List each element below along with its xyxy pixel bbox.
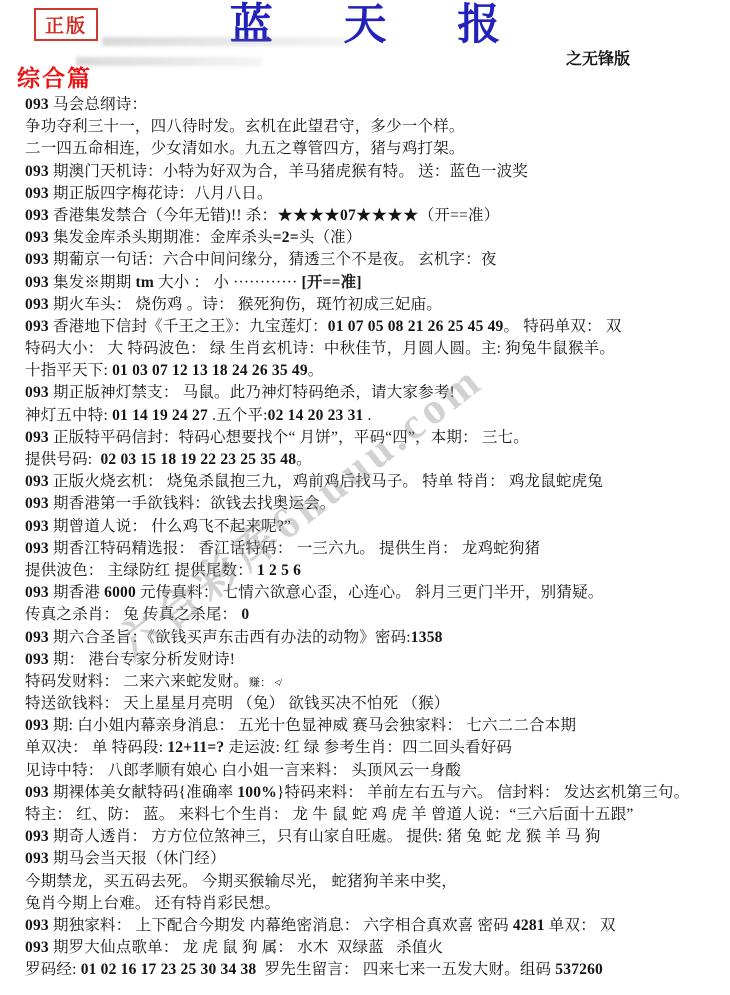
text-segment: 093	[25, 717, 53, 734]
text-segment: 期正版四字梅花诗：八月八日。	[53, 185, 273, 202]
text-segment: 马会总纲诗：	[53, 96, 147, 113]
text-segment: 093	[25, 629, 53, 646]
text-segment: 093	[25, 939, 53, 956]
text-segment: 093	[25, 784, 53, 801]
text-segment: 1 2 5 6	[257, 562, 301, 579]
text-segment: 期裸体美女献特码{准确率	[53, 784, 237, 801]
text-segment: 特送欲钱料： 天上星星月亮明 （兔） 欲钱买决不怕死 （猴）	[25, 695, 450, 712]
text-segment: 赚： ≮	[249, 677, 281, 689]
text-line: 093 集发※期期 tm 大小 ： 小 ············ [开==准]	[25, 272, 724, 294]
text-segment: 01 14 19 24 27	[112, 407, 208, 424]
text-segment: 1358	[411, 629, 443, 646]
edition-label: 之无锋版	[566, 46, 630, 69]
text-segment: 头（准）	[299, 229, 362, 246]
text-segment: 093	[25, 473, 53, 490]
text-segment: 093	[25, 96, 53, 113]
text-line: 093 期： 港台专家分析发财诗!	[25, 649, 724, 671]
text-line: 特主： 红、防： 蓝。 来料七个生肖： 龙 牛 鼠 蛇 鸡 虎 羊 曾道人说：“…	[25, 804, 724, 826]
text-segment: 特主： 红、防： 蓝。 来料七个生肖： 龙 牛 鼠 蛇 鸡 虎 羊 曾道人说：“…	[25, 806, 634, 823]
text-line: 093 正版火烧玄机： 烧兔杀鼠抱三九，鸡前鸡后找马子。 特单 特肖： 鸡龙鼠蛇…	[25, 471, 724, 493]
text-segment: [开==准]	[302, 274, 362, 291]
text-line: 十指平天下: 01 03 07 12 13 18 24 26 35 49。	[25, 360, 724, 382]
text-segment: 01 03 07 12 13 18 24 26 35 49	[112, 362, 308, 379]
text-segment: 特码大小： 大 特码波色： 绿 生肖玄机诗：中秋佳节，月圆人圆。主: 狗兔牛鼠猴…	[25, 340, 615, 357]
text-segment: 提供号码:	[25, 451, 100, 468]
text-line: 093 期奇人透肖： 方方位位煞神三，只有山家自旺處。 提供: 猪 兔 蛇 龙 …	[25, 826, 724, 848]
text-line: 见诗中特： 八郎孝顺有娘心 白小姐一言来料： 头顶风云一身酸	[25, 760, 724, 782]
text-segment: 01 02 16 17 23 25 30 34 38	[81, 961, 257, 978]
text-line: 093 期曾道人说： 什么鸡飞不起来呢?”	[25, 516, 724, 538]
text-segment: 期火车头： 烧伤鸡 。诗： 猴死狗伤，斑竹初成三妃庙。	[53, 296, 442, 313]
text-line: 093 期香港第一手欲钱料：欲钱去找奥运会。	[25, 493, 724, 515]
text-line: 093 期火车头： 烧伤鸡 。诗： 猴死狗伤，斑竹初成三妃庙。	[25, 294, 724, 316]
text-segment: 6000	[104, 584, 136, 601]
text-segment: 集发金库杀头期期准：金库杀头	[53, 229, 273, 246]
text-segment: 期香江特码精选报： 香江话特码： 一三六九。 提供生肖： 龙鸡蛇狗猪	[53, 540, 540, 557]
text-segment: 神灯五中特:	[25, 407, 112, 424]
text-segment: 正版特平码信封：特码心想要找个“ 月饼”，平码“四”，本期： 三七。	[53, 429, 529, 446]
text-line: 093 期马会当天报（休门经）	[25, 848, 724, 870]
text-line: 093 期葡京一句话：六合中间问缘分，猜透三个不是夜。 玄机字：夜	[25, 249, 724, 271]
text-segment: 期: 白小姐内幕亲身消息： 五光十色显神威 赛马会独家料： 七六二二合本期	[53, 717, 576, 734]
text-line: 093 集发金库杀头期期准：金库杀头=2=头（准）	[25, 227, 724, 249]
text-segment: }特码来料： 羊前左右五与六。 信封料： 发达玄机第三句。	[277, 784, 689, 801]
text-line: 争功夺利三十一，四八待时发。玄机在此望君守，多少一个样。	[25, 116, 724, 138]
text-segment: 。	[308, 362, 324, 379]
text-line: 093 期正版神灯禁支： 马鼠。此乃神灯特码绝杀，请大家参考!	[25, 382, 724, 404]
text-segment: =2=	[273, 229, 299, 246]
text-segment: ★★★★（开==准）	[356, 207, 499, 224]
text-segment: 集发※期期	[53, 274, 136, 291]
text-segment: 4281	[513, 917, 545, 934]
text-segment: 12+11=?	[167, 739, 224, 756]
text-segment: 093	[25, 251, 53, 268]
body-lines: 093 马会总纲诗：争功夺利三十一，四八待时发。玄机在此望君守，多少一个样。二一…	[25, 94, 724, 982]
faded-print-smudge	[76, 57, 262, 66]
text-segment: 期正版神灯禁支： 马鼠。此乃神灯特码绝杀，请大家参考!	[53, 384, 455, 401]
text-segment: 走运波: 红 绿 参考生肖：四二回头看好码	[224, 739, 512, 756]
text-segment: 。	[296, 451, 312, 468]
text-line: 093 香港集发禁合（今年无错)!! 杀：★★★★07★★★★（开==准）	[25, 205, 724, 227]
text-line: 093 正版特平码信封：特码心想要找个“ 月饼”，平码“四”，本期： 三七。	[25, 427, 724, 449]
text-line: 特码大小： 大 特码波色： 绿 生肖玄机诗：中秋佳节，月圆人圆。主: 狗兔牛鼠猴…	[25, 338, 724, 360]
text-line: 特码发财料： 二来六来蛇发财。赚： ≮	[25, 671, 724, 693]
text-line: 提供号码: 02 03 15 18 19 22 23 25 35 48。	[25, 449, 724, 471]
text-line: 提供波色： 主绿防红 提供尾数： 1 2 5 6	[25, 560, 724, 582]
text-segment: 大小 ： 小 ············	[154, 274, 302, 291]
text-segment: 02 03 15 18 19 22 23 25 35 48	[100, 451, 296, 468]
text-segment: 单双： 双	[545, 917, 616, 934]
text-segment: 争功夺利三十一，四八待时发。玄机在此望君守，多少一个样。	[25, 118, 465, 135]
text-segment: 02 14 20 23 31	[268, 407, 364, 424]
text-segment: tm	[136, 274, 154, 291]
text-segment: 今期禁龙，买五码去死。 今期买猴输尽光， 蛇猪狗羊来中奖，	[25, 873, 457, 890]
text-segment: 十指平天下:	[25, 362, 112, 379]
text-segment: 二一四五命相连，少女清如水。九五之尊管四方，猪与鸡打架。	[25, 140, 465, 157]
text-segment: 期： 港台专家分析发财诗!	[53, 651, 235, 668]
text-segment: 期曾道人说： 什么鸡飞不起来呢?”	[53, 518, 291, 535]
text-segment: 提供波色： 主绿防红 提供尾数：	[25, 562, 257, 579]
text-segment: 单双决： 单 特码段:	[25, 739, 167, 756]
text-segment: 罗先生留言： 四来七来一五发大财。组码	[256, 961, 555, 978]
text-segment: 093	[25, 384, 53, 401]
text-segment: 0	[241, 606, 249, 623]
text-line: 今期禁龙，买五码去死。 今期买猴输尽光， 蛇猪狗羊来中奖，	[25, 871, 724, 893]
text-line: 093 期: 白小姐内幕亲身消息： 五光十色显神威 赛马会独家料： 七六二二合本…	[25, 715, 724, 737]
text-segment: 传真之杀肖： 兔 传真之杀尾：	[25, 606, 241, 623]
text-segment: 093	[25, 429, 53, 446]
text-segment: 特码发财料： 二来六来蛇发财。	[25, 673, 249, 690]
text-line: 二一四五命相连，少女清如水。九五之尊管四方，猪与鸡打架。	[25, 138, 724, 160]
text-line: 093 马会总纲诗：	[25, 94, 724, 116]
text-segment: 093	[25, 185, 53, 202]
text-segment: 093	[25, 917, 53, 934]
text-segment: 093	[25, 296, 53, 313]
text-segment: 期六合圣旨：《欲钱买声东击西有办法的动物》密码:	[53, 629, 411, 646]
text-line: 单双决： 单 特码段: 12+11=? 走运波: 红 绿 参考生肖：四二回头看好…	[25, 737, 724, 759]
text-segment: 。 特码单双： 双	[504, 318, 622, 335]
text-segment: 正版火烧玄机： 烧兔杀鼠抱三九，鸡前鸡后找马子。 特单 特肖： 鸡龙鼠蛇虎兔	[53, 473, 603, 490]
text-segment: 093	[25, 163, 53, 180]
text-segment: 093	[25, 584, 53, 601]
text-segment: 元传真料： 七情六欲意心歪，心连心。 斜月三更门半开，别猜疑。	[136, 584, 604, 601]
text-segment: 093	[25, 850, 53, 867]
text-segment: 期葡京一句话：六合中间问缘分，猜透三个不是夜。 玄机字：夜	[53, 251, 497, 268]
text-segment: 罗码经:	[25, 961, 81, 978]
text-segment: 期澳门天机诗：小特为好双为合，羊马猪虎猴有特。 送：蓝色一波奖	[53, 163, 528, 180]
text-segment: 见诗中特： 八郎孝顺有娘心 白小姐一言来料： 头顶风云一身酸	[25, 762, 461, 779]
text-segment: 093	[25, 540, 53, 557]
text-line: 神灯五中特: 01 14 19 24 27 .五个平:02 14 20 23 3…	[25, 405, 724, 427]
text-segment: 期罗大仙点歌单： 龙 虎 鼠 狗 属： 水木 双绿蓝 杀值火	[53, 939, 443, 956]
text-segment: 期马会当天报（休门经）	[53, 850, 226, 867]
text-line: 093 期六合圣旨：《欲钱买声东击西有办法的动物》密码:1358	[25, 627, 724, 649]
text-segment: 香港地下信封《千王之王》：九宝莲灯：	[53, 318, 328, 335]
text-segment: 兔肖今期上台难。 还有特肖彩民想。	[25, 895, 280, 912]
text-line: 罗码经: 01 02 16 17 23 25 30 34 38 罗先生留言： 四…	[25, 959, 724, 981]
text-segment: 093	[25, 651, 53, 668]
text-segment: 093	[25, 318, 53, 335]
text-line: 093 期裸体美女献特码{准确率 100%}特码来料： 羊前左右五与六。 信封料…	[25, 782, 724, 804]
text-line: 093 期香港 6000 元传真料： 七情六欲意心歪，心连心。 斜月三更门半开，…	[25, 582, 724, 604]
text-segment: 093	[25, 828, 53, 845]
text-line: 特送欲钱料： 天上星星月亮明 （兔） 欲钱买决不怕死 （猴）	[25, 693, 724, 715]
text-segment: .五个平:	[208, 407, 268, 424]
text-segment: 100%	[237, 784, 277, 801]
text-segment: 期独家料： 上下配合今期发 内幕绝密消息： 六字相合真欢喜 密码	[53, 917, 513, 934]
text-segment: 期香港	[53, 584, 104, 601]
faded-print-smudge	[102, 37, 350, 46]
text-line: 093 香港地下信封《千王之王》：九宝莲灯：01 07 05 08 21 26 …	[25, 316, 724, 338]
text-line: 093 期罗大仙点歌单： 龙 虎 鼠 狗 属： 水木 双绿蓝 杀值火	[25, 937, 724, 959]
text-segment: 093	[25, 207, 53, 224]
text-line: 兔肖今期上台难。 还有特肖彩民想。	[25, 893, 724, 915]
text-line: 传真之杀肖： 兔 传真之杀尾： 0	[25, 604, 724, 626]
text-segment: 537260	[555, 961, 603, 978]
text-segment: 093	[25, 495, 53, 512]
text-segment: 093	[25, 518, 53, 535]
page: { "page": { "badge": "正版", "title": "蓝 天…	[0, 0, 730, 995]
section-heading: 综合篇	[17, 60, 92, 93]
text-segment: .	[363, 407, 371, 424]
text-line: 093 期香江特码精选报： 香江话特码： 一三六九。 提供生肖： 龙鸡蛇狗猪	[25, 538, 724, 560]
text-line: 093 期澳门天机诗：小特为好双为合，羊马猪虎猴有特。 送：蓝色一波奖	[25, 161, 724, 183]
text-segment: 093	[25, 229, 53, 246]
text-line: 093 期正版四字梅花诗：八月八日。	[25, 183, 724, 205]
text-segment: 期香港第一手欲钱料：欲钱去找奥运会。	[53, 495, 336, 512]
text-segment: 01 07 05 08 21 26 25 45 49	[328, 318, 504, 335]
text-segment: 07	[340, 207, 356, 224]
text-line: 093 期独家料： 上下配合今期发 内幕绝密消息： 六字相合真欢喜 密码 428…	[25, 915, 724, 937]
text-segment: 期奇人透肖： 方方位位煞神三，只有山家自旺處。 提供: 猪 兔 蛇 龙 猴 羊 …	[53, 828, 601, 845]
text-segment: 香港集发禁合（今年无错)!! 杀：★★★★	[53, 207, 340, 224]
text-segment: 093	[25, 274, 53, 291]
